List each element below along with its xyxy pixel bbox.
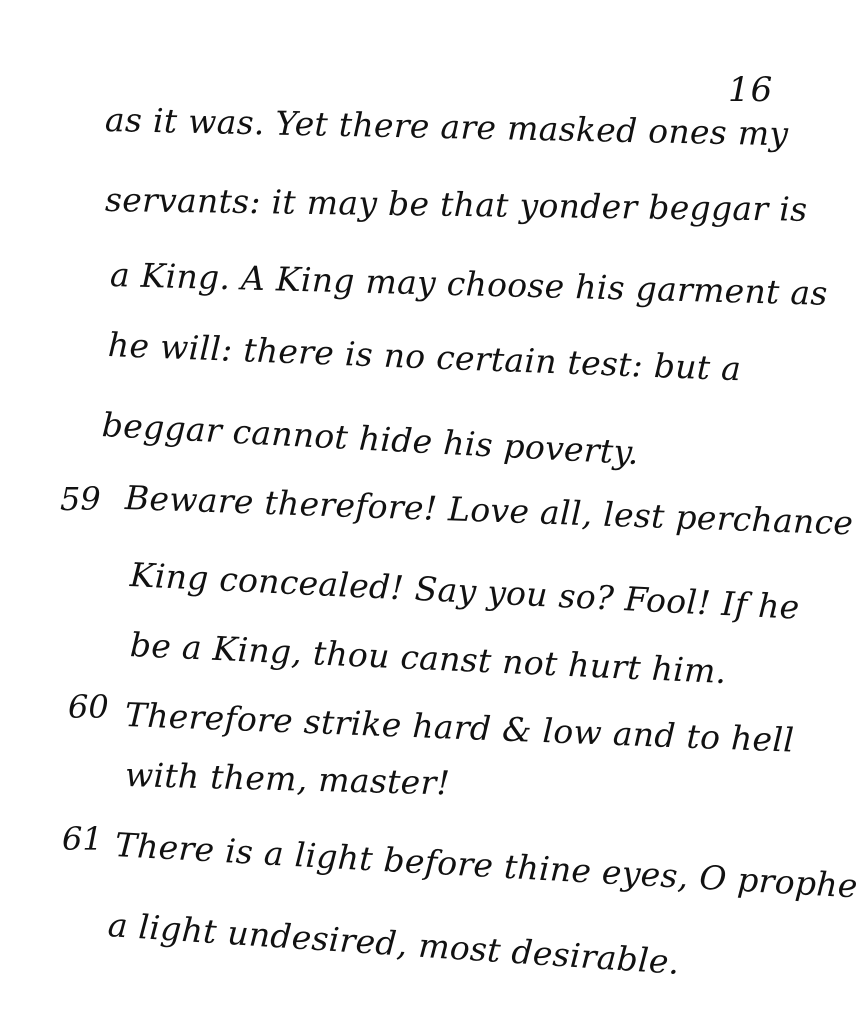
manuscript-line: be a King, thou canst not hurt him. — [129, 625, 727, 691]
manuscript-line: King concealed! Say you so? Fool! If he — [129, 555, 800, 627]
manuscript-line: a light undesired, most desirable. — [107, 905, 681, 982]
manuscript-line: Beware therefore! Love all, lest perchan… — [124, 478, 857, 545]
manuscript-line: Therefore strike hard & low and to hell — [124, 695, 795, 760]
manuscript-line: There is a light before thine eyes, O pr… — [114, 825, 857, 906]
verse-number: 60 — [68, 688, 109, 726]
manuscript-line: as it was. Yet there are masked ones my — [105, 100, 789, 153]
verse-number: 61 — [62, 820, 103, 858]
page-number: 16 — [728, 70, 773, 110]
manuscript-line: a King. A King may choose his garment as — [109, 255, 828, 313]
manuscript-page: 16 as it was. Yet there are masked ones … — [0, 0, 857, 1024]
verse-number: 59 — [60, 480, 101, 518]
manuscript-line: he will: there is no certain test: but a — [107, 325, 742, 388]
manuscript-line: servants: it may be that yonder beggar i… — [105, 180, 808, 229]
manuscript-line: beggar cannot hide his poverty. — [101, 405, 640, 472]
manuscript-line: with them, master! — [124, 755, 450, 803]
